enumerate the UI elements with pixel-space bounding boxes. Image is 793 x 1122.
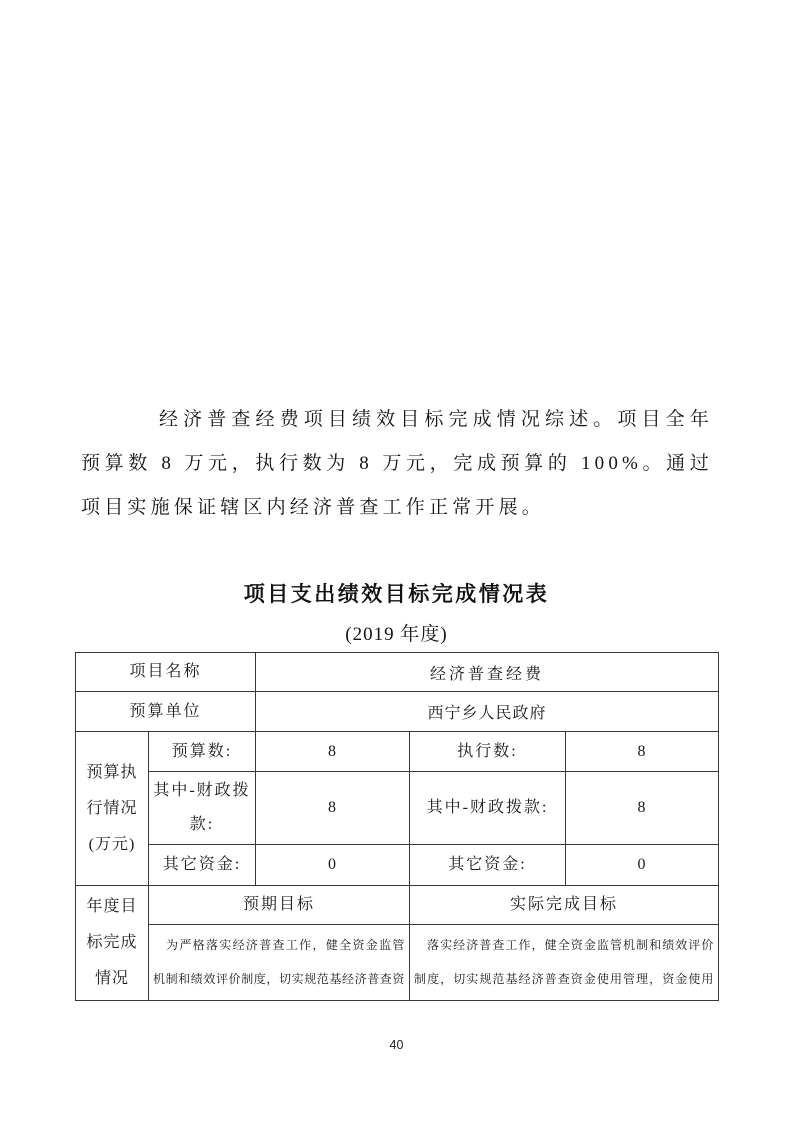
project-name-label: 项目名称 [76,653,256,692]
project-name-value: 经济普查经费 [256,653,719,692]
page-number: 40 [0,1038,793,1052]
table-row: 预算执行情况(万元) 预算数: 8 执行数: 8 [76,732,719,772]
other-funds-value-budget: 0 [256,845,410,886]
performance-table: 项目名称 经济普查经费 预算单位 西宁乡人民政府 预算执行情况(万元) 预算数:… [75,652,719,1001]
budget-execution-label: 预算执行情况(万元) [76,732,149,886]
actual-goal-text: 落实经济普查工作，健全资金监管机制和绩效评价制度，切实规范基经济普查资金使用管理… [414,927,714,998]
table-row: 项目名称 经济普查经费 [76,653,719,692]
annual-goal-label: 年度目标完成情况 [76,886,149,1001]
other-funds-label-execution: 其它资金: [410,845,566,886]
fiscal-allocation-label-budget: 其中-财政拨款: [149,772,256,845]
summary-paragraph: 经济普查经费项目绩效目标完成情况综述。项目全年预算数 8 万元，执行数为 8 万… [81,398,713,530]
fiscal-allocation-value-budget: 8 [256,772,410,845]
table-subtitle: (2019 年度) [75,619,718,646]
expected-goal-cell: 为严格落实经济普查工作，健全资金监管机制和绩效评价制度，切实规范基经济普查资金使… [149,925,410,1001]
table-row: 为严格落实经济普查工作，健全资金监管机制和绩效评价制度，切实规范基经济普查资金使… [76,925,719,1001]
table-row: 预算单位 西宁乡人民政府 [76,692,719,732]
document-page: 经济普查经费项目绩效目标完成情况综述。项目全年预算数 8 万元，执行数为 8 万… [0,0,793,1122]
table-row: 其中-财政拨款: 8 其中-财政拨款: 8 [76,772,719,845]
budget-unit-value: 西宁乡人民政府 [256,692,719,732]
other-funds-value-execution: 0 [566,845,719,886]
table-row: 其它资金: 0 其它资金: 0 [76,845,719,886]
expected-goal-header: 预期目标 [149,886,410,925]
execution-number-value: 8 [566,732,719,772]
expected-goal-text: 为严格落实经济普查工作，健全资金监管机制和绩效评价制度，切实规范基经济普查资金使… [153,927,405,998]
budget-number-label: 预算数: [149,732,256,772]
other-funds-label-budget: 其它资金: [149,845,256,886]
fiscal-allocation-label-execution: 其中-财政拨款: [410,772,566,845]
table-row: 年度目标完成情况 预期目标 实际完成目标 [76,886,719,925]
execution-number-label: 执行数: [410,732,566,772]
budget-number-value: 8 [256,732,410,772]
fiscal-allocation-value-execution: 8 [566,772,719,845]
actual-goal-cell: 落实经济普查工作，健全资金监管机制和绩效评价制度，切实规范基经济普查资金使用管理… [410,925,719,1001]
actual-goal-header: 实际完成目标 [410,886,719,925]
table-title: 项目支出绩效目标完成情况表 [75,578,718,608]
budget-unit-label: 预算单位 [76,692,256,732]
